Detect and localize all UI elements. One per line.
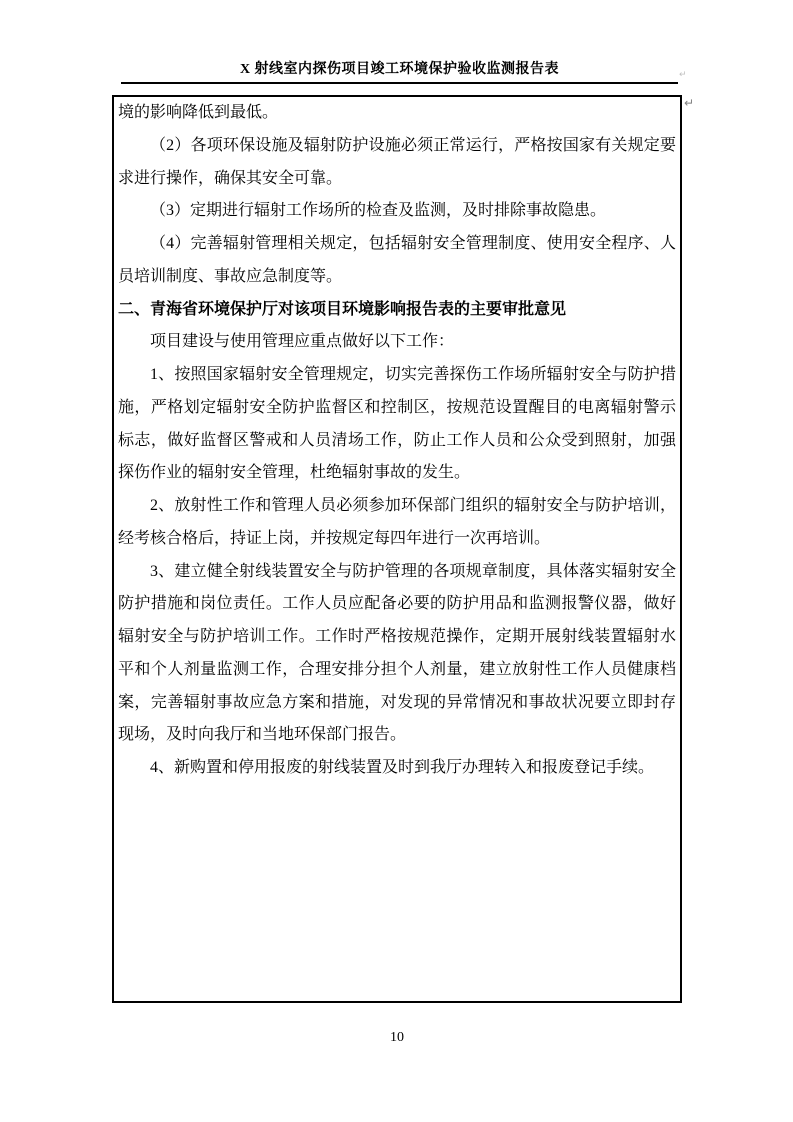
body-paragraph: 2、放射性工作和管理人员必须参加环保部门组织的辐射安全与防护培训，经考核合格后，…: [118, 490, 676, 556]
paragraph-mark-icon: ↵: [679, 70, 687, 80]
body-paragraph: （2）各项环保设施及辐射防护设施必须正常运行，严格按国家有关规定要求进行操作，确…: [118, 130, 676, 196]
section-heading: 二、青海省环境保护厅对该项目环境影响报告表的主要审批意见: [118, 294, 676, 327]
body-paragraph: 境的影响降低到最低。: [118, 97, 676, 130]
body-paragraph: 4、新购置和停用报废的射线装置及时到我厅办理转入和报废登记手续。: [118, 752, 676, 785]
row-end-mark-icon: ↵: [684, 96, 694, 110]
page-number: 10: [112, 1030, 682, 1046]
body-paragraph: 3、建立健全射线装置安全与防护管理的各项规章制度，具体落实辐射安全防护措施和岗位…: [118, 556, 676, 753]
body-paragraph: 1、按照国家辐射安全管理规定，切实完善探伤工作场所辐射安全与防护措施，严格划定辐…: [118, 359, 676, 490]
document-page: X 射线室内探伤项目竣工环境保护验收监测报告表 ↵ 境的影响降低到最低。（2）各…: [0, 0, 793, 1122]
page-header-title: X 射线室内探伤项目竣工环境保护验收监测报告表: [121, 58, 678, 78]
body-paragraph: （4）完善辐射管理相关规定，包括辐射安全管理制度、使用安全程序、人员培训制度、事…: [118, 228, 676, 294]
report-table-cell: 境的影响降低到最低。（2）各项环保设施及辐射防护设施必须正常运行，严格按国家有关…: [112, 95, 682, 1003]
approval-opinions-text-block: 境的影响降低到最低。（2）各项环保设施及辐射防护设施必须正常运行，严格按国家有关…: [118, 97, 676, 785]
body-paragraph: 项目建设与使用管理应重点做好以下工作：: [118, 326, 676, 359]
body-paragraph: （3）定期进行辐射工作场所的检查及监测，及时排除事故隐患。: [118, 195, 676, 228]
header-underline: [121, 82, 678, 84]
